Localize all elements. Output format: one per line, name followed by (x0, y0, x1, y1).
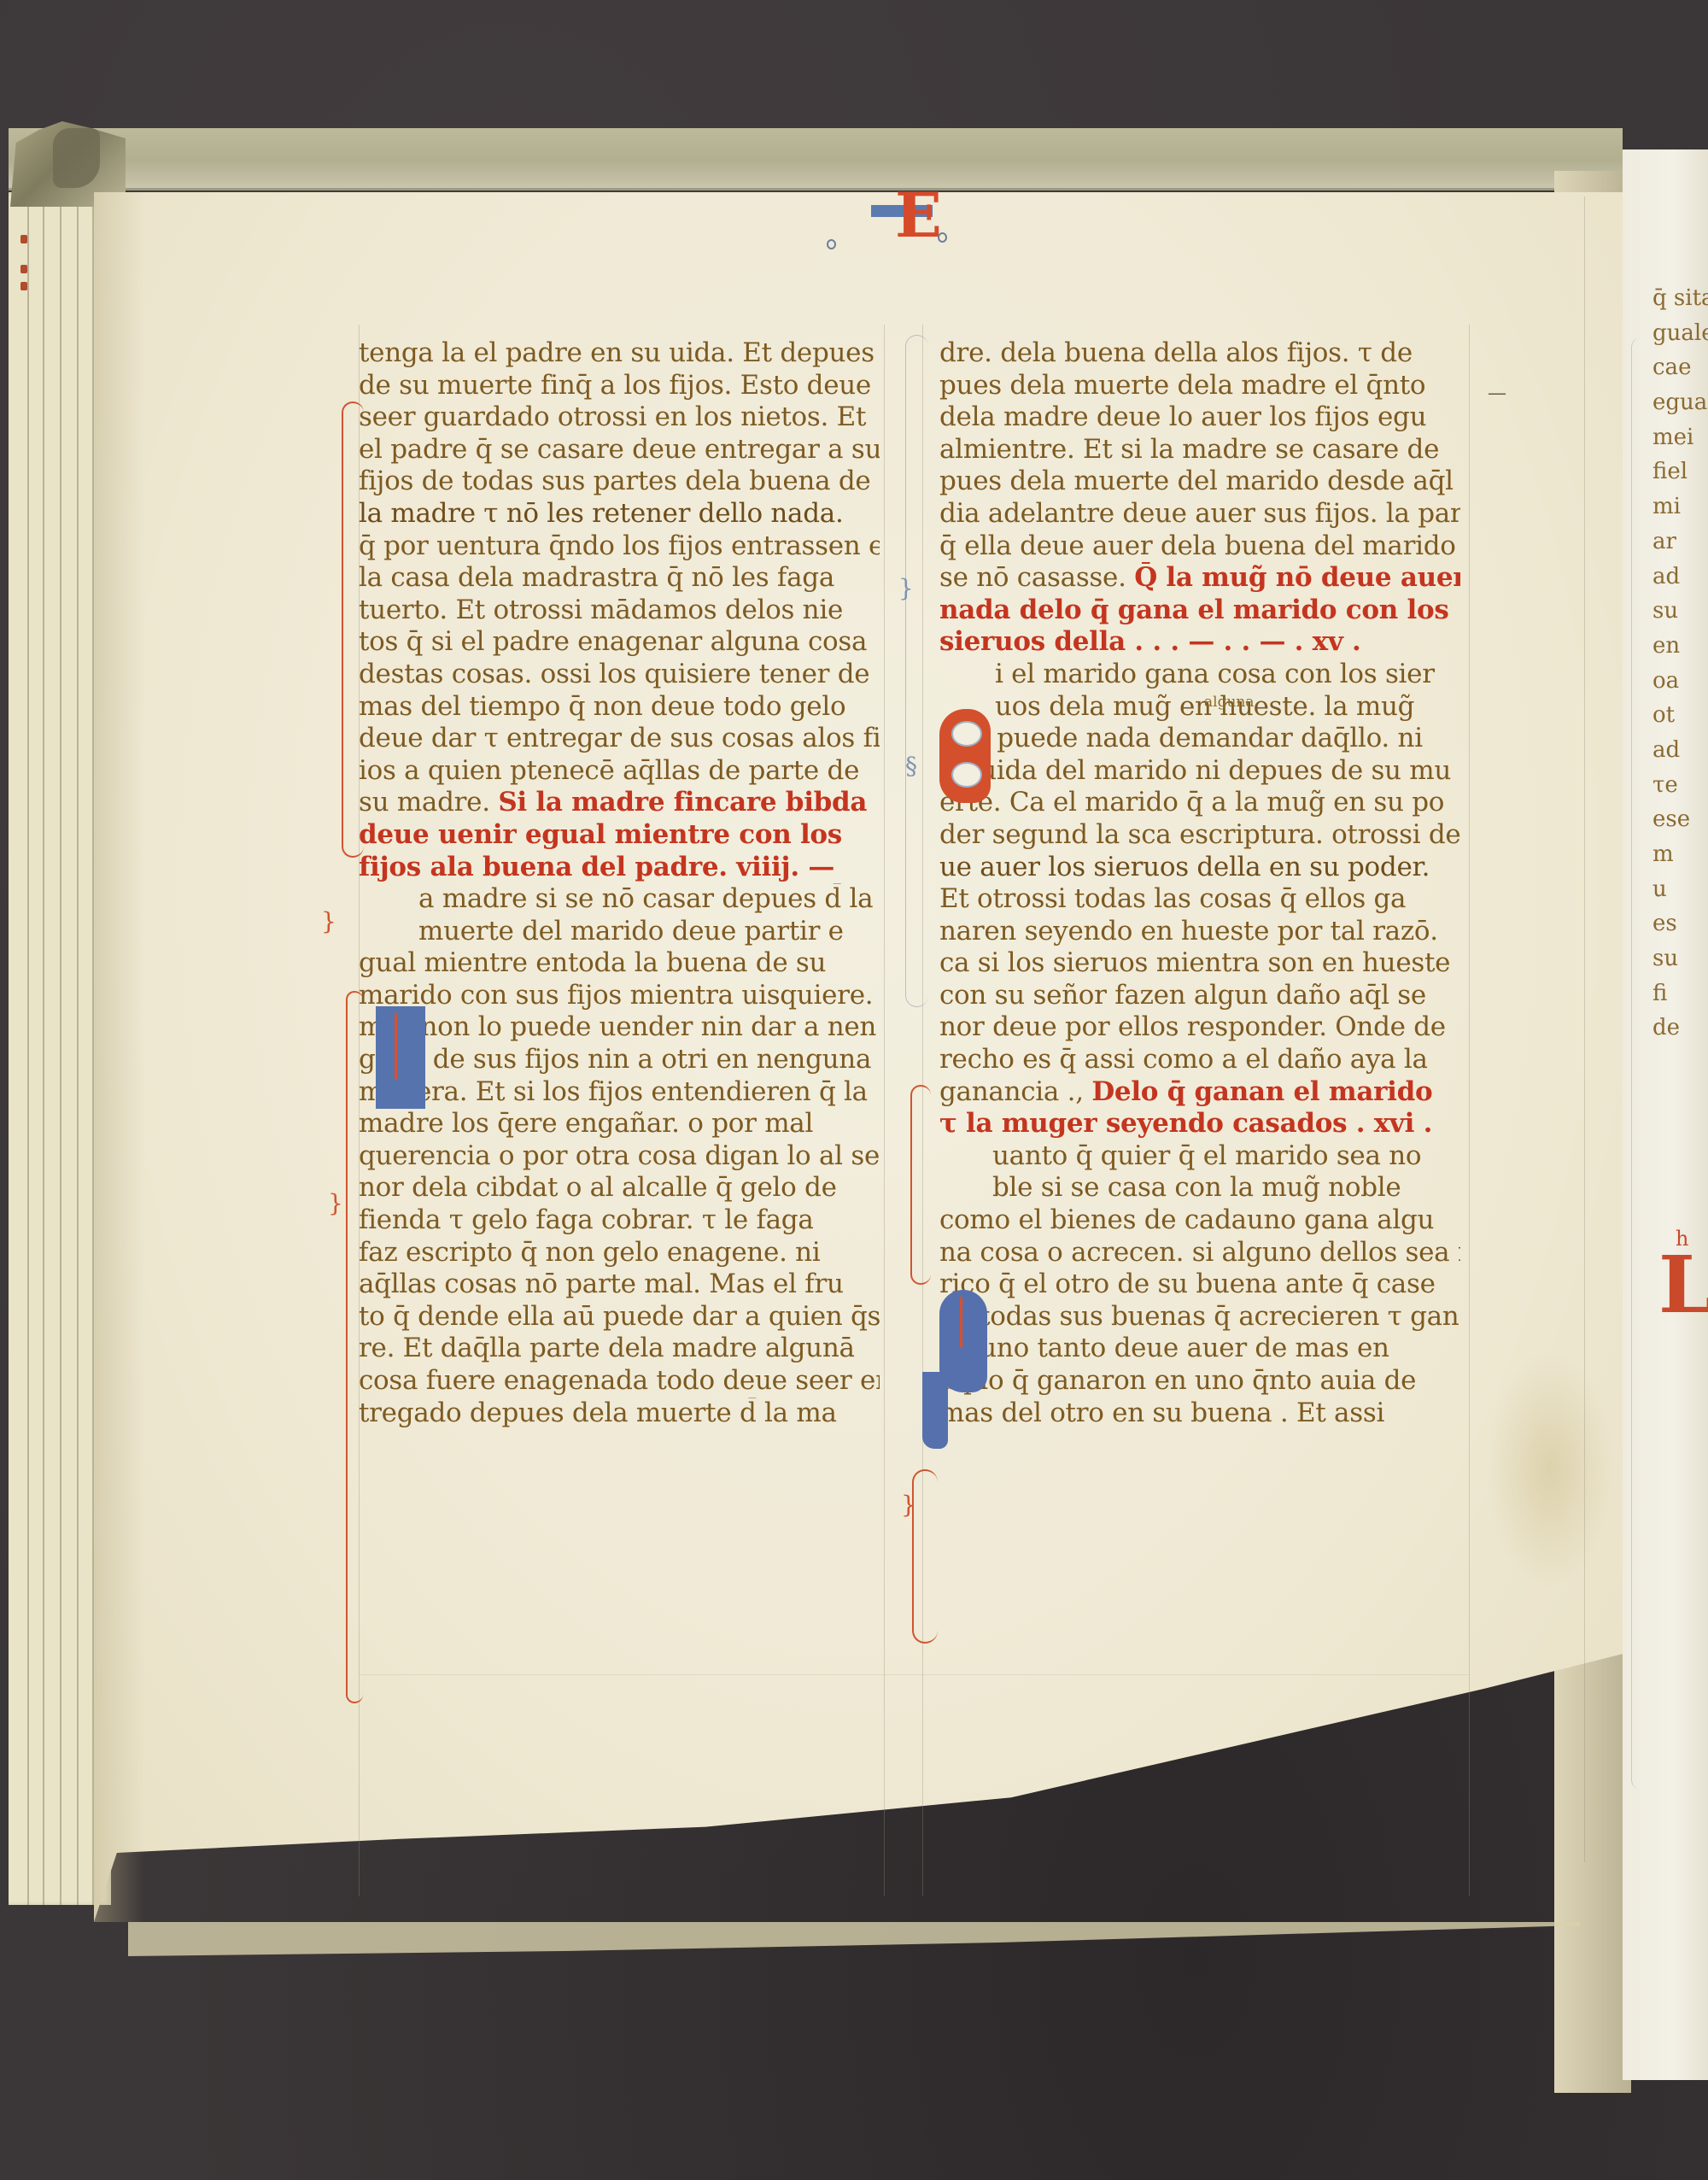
facing-line: egua (1652, 386, 1708, 421)
text-line: dia adelantre deue auer sus fijos. la pa… (939, 498, 1460, 530)
facing-page-initial: L (1658, 1239, 1708, 1331)
text-line: ble si se casa con la mug̃ noble (939, 1172, 1460, 1204)
binding-strip (9, 128, 1623, 190)
left-column: tenga la el padre en su uida. Et depues … (359, 337, 880, 1429)
text-line: dre. dela buena della alos fijos. τ de (939, 337, 1460, 370)
pen-dot-ornament (938, 232, 947, 243)
text-line: fienda τ gelo faga cobrar. τ le faga (359, 1204, 880, 1237)
text-line: como el bienes de cadauno gana algu (939, 1204, 1460, 1237)
facing-line: ar (1652, 525, 1708, 560)
text-line: ca si los sieruos mientra son en hueste (939, 947, 1460, 980)
text-line: tregado depues dela muerte d̄ la ma (359, 1398, 880, 1430)
text-line: de su muerte finq̄ a los fijos. Esto deu… (359, 370, 880, 402)
rubric-line: su madre. Si la madre fincare bibda (359, 787, 880, 819)
facing-line: su (1652, 595, 1708, 630)
rubric-heading: deue uenir egual mientre con los (359, 819, 880, 852)
text-line: to q̄ dende ella aū puede dar a quien q̄… (359, 1301, 880, 1333)
facing-line: mei (1652, 421, 1708, 456)
text-line: erte. Ca el marido q̄ a la mug̃ en su po (939, 787, 1460, 819)
torn-binding-shadow (53, 128, 100, 188)
text-line: q̄ ella deue auer dela buena del marido … (939, 530, 1460, 563)
text-line: Et otrossi todas las cosas q̄ ellos ga (939, 883, 1460, 916)
facing-line: oa (1652, 665, 1708, 700)
text-line: tuerto. Et otrossi mādamos delos nie (359, 595, 880, 627)
text-line: pues dela muerte del marido desde aq̄l (939, 466, 1460, 498)
text-line: tos q̄ si el padre enagenar alguna cosa (359, 626, 880, 659)
text-line: aq̄llas cosas nō parte mal. Mas el fru (359, 1269, 880, 1301)
text-line: na cosa o acrecen. si alguno dellos sea … (939, 1237, 1460, 1269)
pen-flourish-bracket (342, 401, 364, 858)
text-line: der segund la sca escriptura. otrossi de (939, 819, 1460, 852)
facing-line: es (1652, 907, 1708, 942)
decorated-initial-L (376, 1006, 425, 1109)
facing-line: guale (1652, 317, 1708, 352)
pen-flourish-bracket (346, 991, 363, 1703)
text-fragment: su madre. (359, 787, 498, 817)
text-line: muerte del marido deue partir e (359, 916, 880, 948)
facing-page-bracket (1631, 337, 1651, 1790)
facing-line: ese (1652, 803, 1708, 838)
running-header-initial: E (871, 188, 922, 248)
text-line: destas cosas. ossi los quisiere tener de (359, 659, 880, 691)
margin-mark: — (1488, 383, 1506, 404)
facing-line: ot (1652, 699, 1708, 734)
ruling-line (1469, 325, 1470, 1896)
text-line: non puede nada demandar daq̄llo. ni (939, 723, 1460, 755)
text-line: manera. Et si los fijos entendieren q̄ l… (359, 1076, 880, 1109)
text-line: con su señor fazen algun daño aq̄l se (939, 980, 1460, 1012)
initial-penwork (951, 762, 982, 788)
facing-line: mi (1652, 490, 1708, 525)
text-line: nor dela cibdat o al alcalle q̄ gelo de (359, 1172, 880, 1204)
facing-line: fiel (1652, 455, 1708, 490)
pen-flourish: } (898, 574, 914, 602)
text-line: naren seyendo en hueste por tal razō. (939, 916, 1460, 948)
text-line: mas non lo puede uender nin dar a nen (359, 1011, 880, 1044)
text-line: deue dar τ entregar de sus cosas alos fi (359, 723, 880, 755)
text-fragment: se nō casasse. (939, 562, 1134, 593)
facing-line: fi (1652, 977, 1708, 1012)
header-letter: E (895, 185, 942, 246)
text-line: mas del otro en su buena . Et assi (939, 1398, 1460, 1430)
facing-line: ad (1652, 560, 1708, 595)
rubric-heading: sieruos della . . . — . . — . xv . (939, 626, 1460, 659)
text-line: la casa dela madrastra q̄ nō les faga (359, 562, 880, 595)
text-line: rico q̄ el otro de su buena ante q̄ case (939, 1269, 1460, 1301)
text-line: de todas sus buenas q̄ acrecieren τ gana… (939, 1301, 1460, 1333)
facing-line: de (1652, 1011, 1708, 1046)
text-line: ue auer los sieruos della en su poder. (939, 852, 1460, 884)
facing-line: cae (1652, 351, 1708, 386)
decorated-initial-Q (939, 1290, 987, 1392)
text-fragment: ganancia ., (939, 1076, 1091, 1107)
facing-line: ad (1652, 734, 1708, 769)
facing-line: m (1652, 838, 1708, 873)
pen-flourish: } (328, 1189, 343, 1217)
facing-page-text: q̄ sita guale cae egua mei fiel mi ar ad… (1652, 282, 1708, 1046)
interlinear-gloss: alguna (1204, 694, 1255, 711)
text-line: uos dela mug̃ en hueste. la mug̃ (939, 691, 1460, 724)
initial-penwork (951, 721, 982, 747)
pen-flourish-bracket (905, 335, 928, 1007)
pen-flourish: } (901, 1491, 916, 1519)
text-line: dela madre deue lo auer los fijos egu (939, 401, 1460, 434)
text-line: guno de sus fijos nin a otri en nenguna (359, 1044, 880, 1076)
facing-line: su (1652, 942, 1708, 977)
text-line: seer guardado otrossi en los nietos. Et (359, 401, 880, 434)
text-line: re. Et daq̄lla parte dela madre algunā (359, 1333, 880, 1365)
rubric-line: se nō casasse. Q̄ la mug̃ nō deue auer (939, 562, 1460, 595)
text-line: mas del tiempo q̄ non deue todo gelo (359, 691, 880, 724)
rubric-heading: Si la madre fincare bibda (498, 787, 867, 817)
pen-flourish: } (321, 907, 336, 935)
text-line: madre los q̄ere engañar. o por mal (359, 1108, 880, 1140)
text-line: querencia o por otra cosa digan lo al se (359, 1140, 880, 1173)
facing-line: en (1652, 630, 1708, 665)
rubric-heading: Delo q̄ ganan el marido (1091, 1076, 1432, 1107)
text-line: aq̄llo q̄ ganaron en uno q̄nto auia de (939, 1365, 1460, 1398)
ruling-line (884, 325, 885, 1896)
text-line: uanto q̄ quier q̄ el marido sea no (939, 1140, 1460, 1173)
ruling-line (359, 1674, 1469, 1675)
text-line: fijos de todas sus partes dela buena de (359, 466, 880, 498)
pen-dot-ornament (827, 239, 836, 249)
right-column: dre. dela buena della alos fijos. τ de p… (939, 337, 1460, 1429)
folio-shading (94, 192, 145, 1922)
text-line: i el marido gana cosa con los sier (939, 659, 1460, 691)
text-line: marido con sus fijos mientra uisquiere. (359, 980, 880, 1012)
text-line: pues dela muerte dela madre el q̄nto (939, 370, 1460, 402)
facing-line: q̄ sita (1652, 282, 1708, 317)
text-line: ios a quien ptenecē aq̄llas de parte de (359, 755, 880, 788)
text-line: el padre q̄ se casare deue entregar a su… (359, 434, 880, 466)
text-line: a madre si se nō casar depues d̄ la (359, 883, 880, 916)
ruling-line (1584, 196, 1585, 1862)
decorated-initial-S (939, 709, 991, 803)
facing-line: τe (1652, 769, 1708, 804)
text-line: tenga la el padre en su uida. Et depues (359, 337, 880, 370)
text-line: la madre τ nō les retener dello nada. (359, 498, 880, 530)
text-line: cosa fuere enagenada todo deue seer en (359, 1365, 880, 1398)
text-line: recho es q̄ assi como a el daño aya la (939, 1044, 1460, 1076)
rubric-heading: fijos ala buena del padre. viiij. — (359, 852, 880, 884)
text-line: faz escripto q̄ non gelo enagene. ni (359, 1237, 880, 1269)
text-line: q̄ por uentura q̄ndo los fijos entrassen… (359, 530, 880, 563)
rubric-line: ganancia ., Delo q̄ ganan el marido (939, 1076, 1460, 1109)
pen-flourish-bracket (910, 1085, 931, 1285)
rubric-heading: nada delo q̄ gana el marido con los (939, 595, 1460, 627)
rubric-heading: τ la muger seyendo casados . xvi . (939, 1108, 1460, 1140)
text-line: gual mientre entoda la buena de su (359, 947, 880, 980)
text-line: en uida del marido ni depues de su mu (939, 755, 1460, 788)
rubric-heading: Q̄ la mug̃ nō deue auer (1134, 562, 1460, 593)
water-stain (1486, 1350, 1614, 1589)
text-line: nor deue por ellos responder. Onde de (939, 1011, 1460, 1044)
pen-flourish: § (905, 752, 917, 780)
text-line: almientre. Et si la madre se casare de (939, 434, 1460, 466)
text-line: en uno tanto deue auer de mas en (939, 1333, 1460, 1365)
facing-line: u (1652, 873, 1708, 908)
